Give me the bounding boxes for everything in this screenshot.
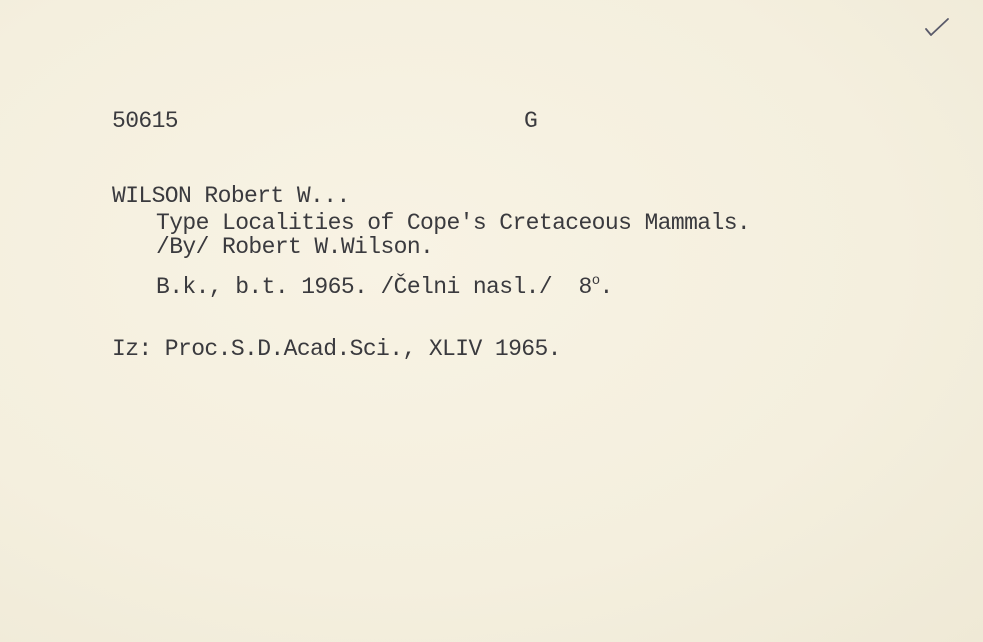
physical-description: B.k., b.t. 1965. /Čelni nasl./ 8o.	[156, 274, 613, 299]
accession-number: 50615	[112, 110, 178, 133]
classification-mark: G	[524, 110, 537, 133]
author-heading: WILSON Robert W...	[112, 185, 350, 208]
catalog-card: 50615 G WILSON Robert W... Type Localiti…	[0, 0, 983, 642]
source-note: Iz: Proc.S.D.Acad.Sci., XLIV 1965.	[112, 338, 561, 361]
statement-of-responsibility: /By/ Robert W.Wilson.	[156, 236, 433, 259]
physical-description-text: B.k., b.t. 1965. /Čelni nasl./ 8	[156, 274, 592, 300]
title: Type Localities of Cope's Cretaceous Mam…	[156, 212, 750, 235]
check-mark-icon	[924, 16, 950, 38]
format-superscript: o	[592, 273, 600, 289]
format-suffix: .	[600, 274, 613, 300]
